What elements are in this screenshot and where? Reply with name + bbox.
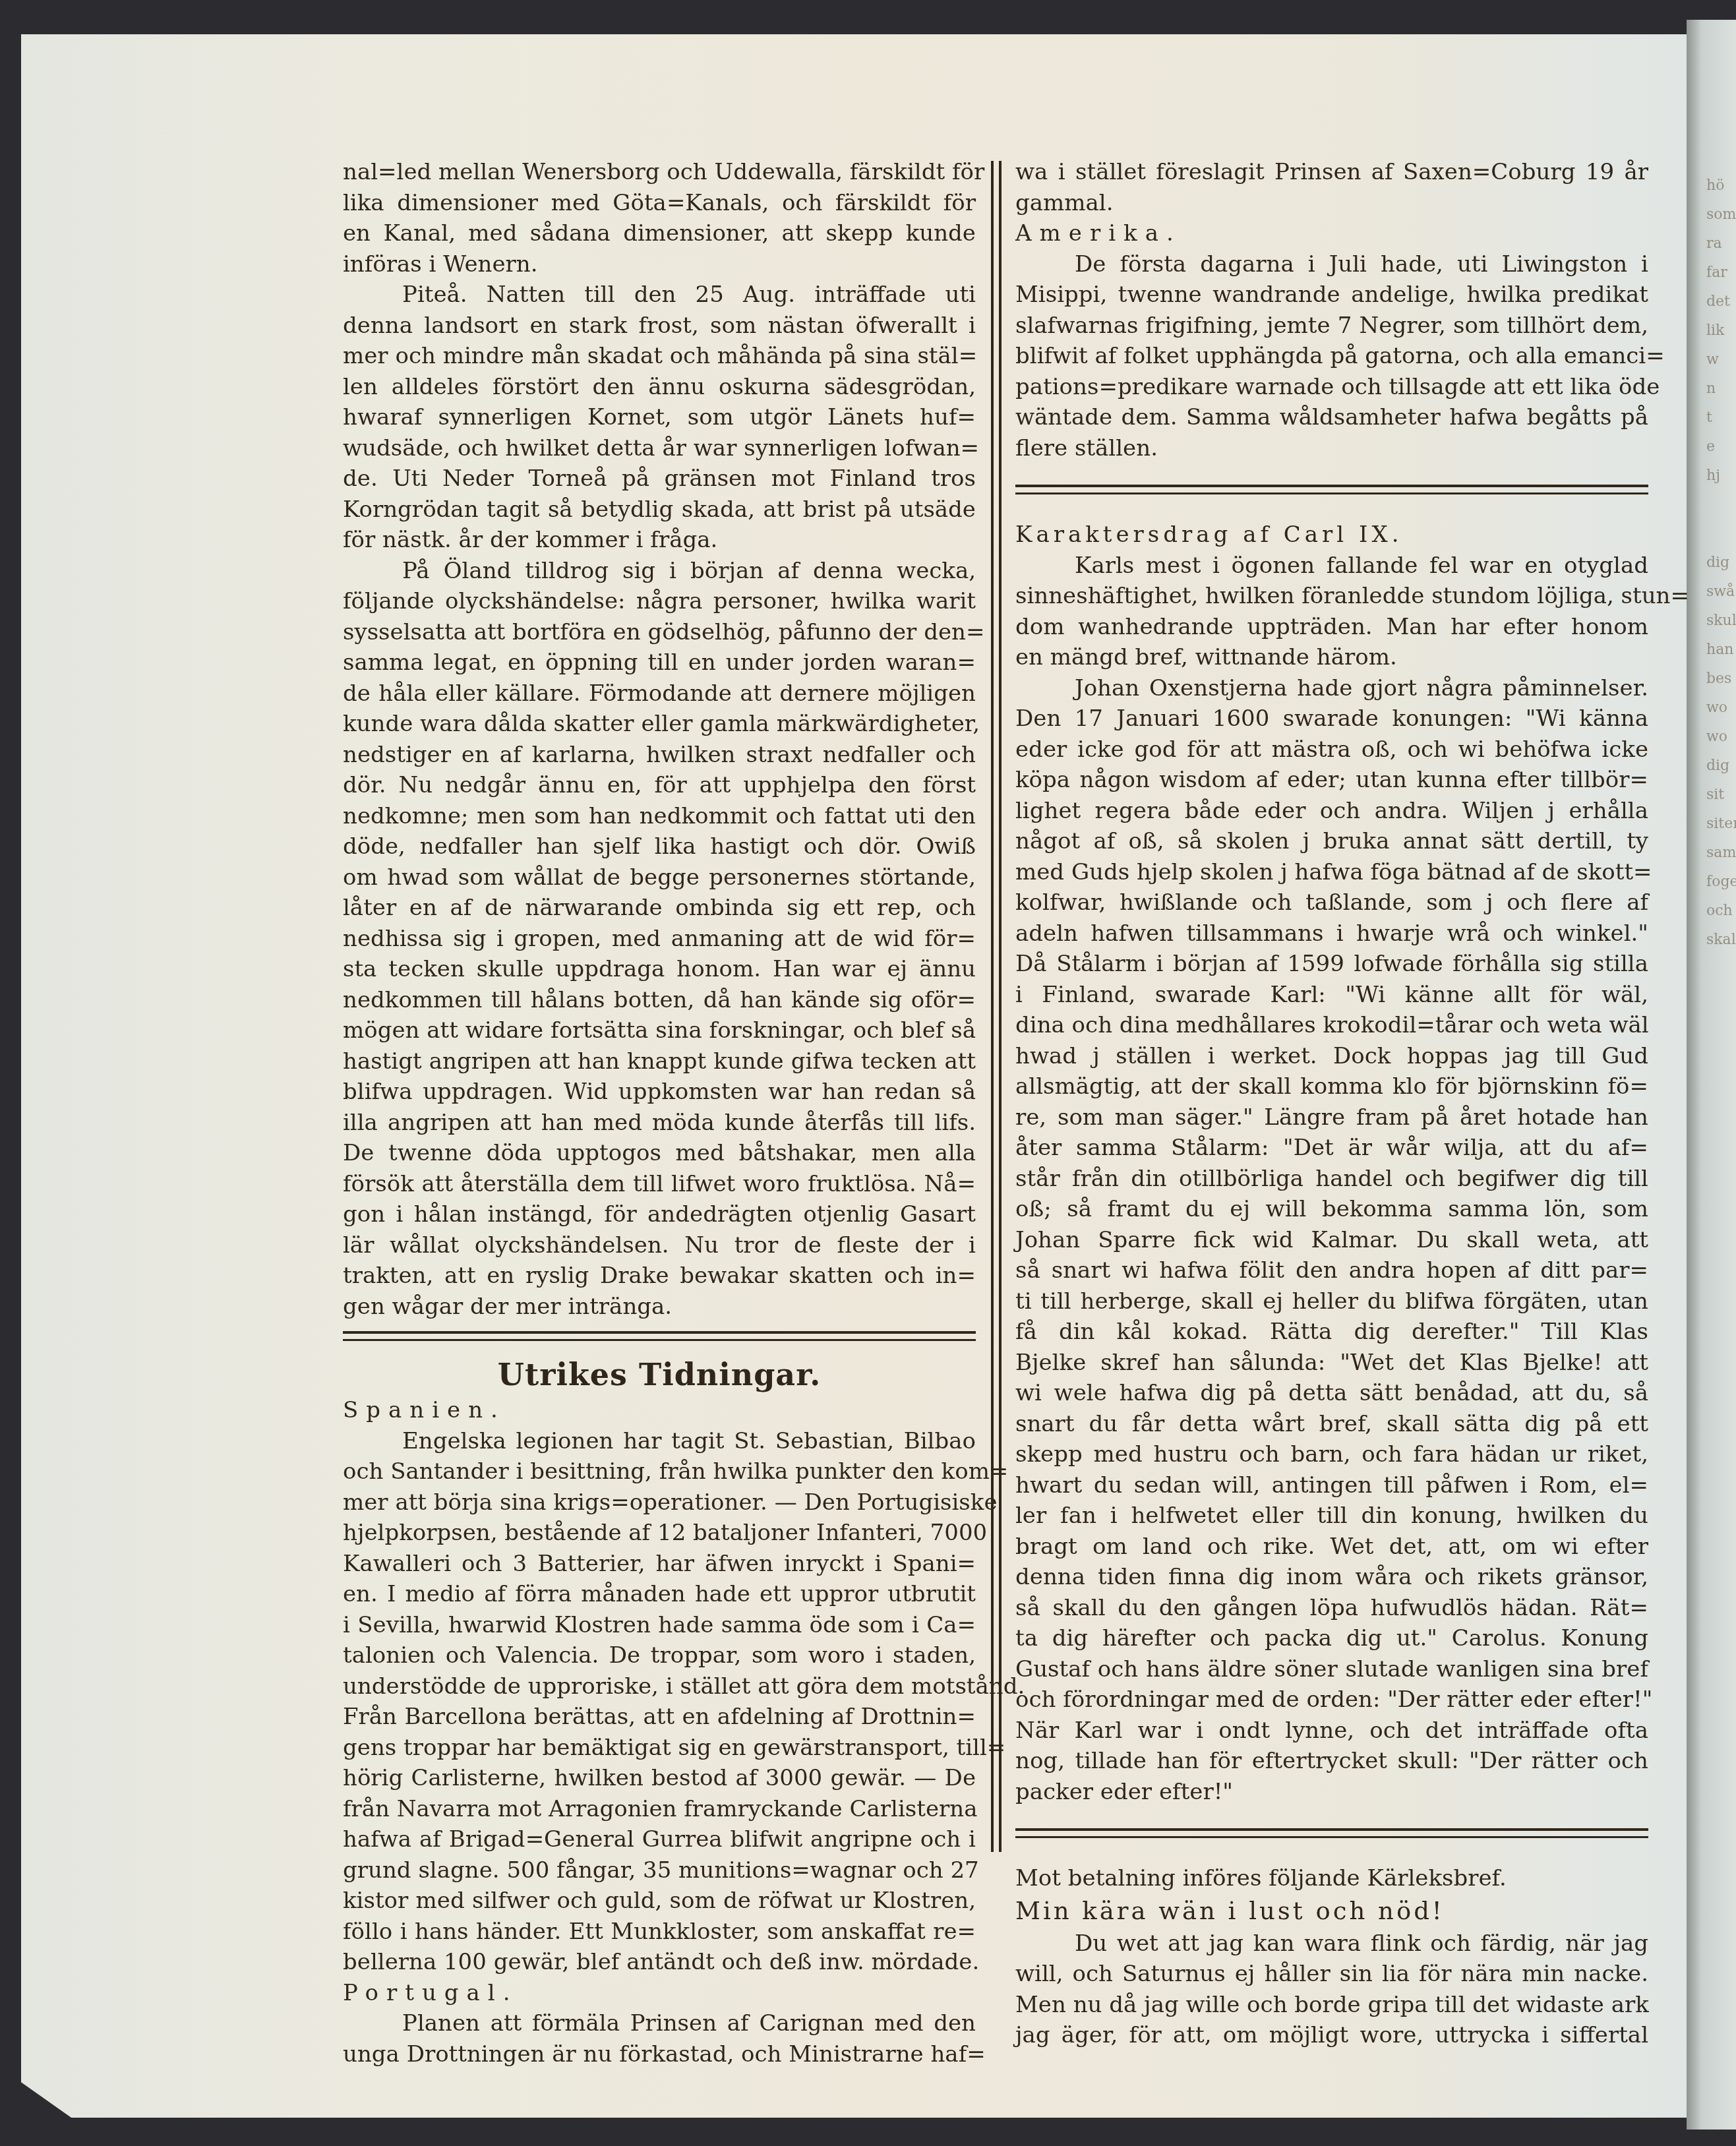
text-line: för nästk. år der kommer i fråga. — [343, 525, 976, 556]
text-line: så snart wi hafwa fölit den andra hopen … — [1015, 1255, 1648, 1286]
text-line: mer och mindre mån skadat och måhända på… — [343, 341, 976, 372]
text-line: adeln hafwen tillsammans i hwarje wrå oc… — [1015, 918, 1648, 949]
text-line: nedkomne; men som han nedkommit och fatt… — [343, 801, 976, 832]
text-line: gens troppar har bemäktigat sig en gewär… — [343, 1733, 976, 1764]
text-line: köpa någon wisdom af eder; utan kunna ef… — [1015, 765, 1648, 796]
text-line: trakten, att en ryslig Drake bewakar ska… — [343, 1261, 976, 1292]
text-line: dina och dina medhållares krokodil=tårar… — [1015, 1010, 1648, 1041]
text-line: lika dimensioner med Göta=Kanals, och fä… — [343, 188, 976, 219]
text-line: kunde wara dålda skatter eller gamla mär… — [343, 709, 976, 740]
text-line: nedstiger en af karlarna, hwilken straxt… — [343, 740, 976, 771]
text-line: oß; så framt du ej will bekomma samma lö… — [1015, 1194, 1648, 1225]
text-line: bragt om land och rike. Wet det, att, om… — [1015, 1532, 1648, 1563]
text-line: hörig Carlisterne, hwilken bestod af 300… — [343, 1763, 976, 1794]
letter-body: Du wet att jag kan wara flink och färdig… — [1015, 1928, 1648, 2051]
text-line: införas i Wenern. — [343, 249, 976, 280]
text-line: blifwa uppdragen. Wid uppkomsten war han… — [343, 1077, 976, 1108]
text-line: ti till herberge, skall ej heller du bli… — [1015, 1286, 1648, 1317]
text-line: denna landsort en stark frost, som nästa… — [343, 311, 976, 342]
text-line: döde, nedfaller han sjelf lika hastigt o… — [343, 831, 976, 862]
text-line: gen wågar der mer intränga. — [343, 1292, 976, 1323]
portugal-paragraph: Planen att förmäla Prinsen af Carignan m… — [343, 2008, 976, 2070]
text-line: Den 17 Januari 1600 swarade konungen: "W… — [1015, 703, 1648, 734]
spanien-heading: Spanien. — [343, 1395, 976, 1426]
text-line: så skall du den gången löpa hufwudlös hä… — [1015, 1593, 1648, 1624]
portugal-continuation: wa i stället föreslagit Prinsen af Saxen… — [1015, 157, 1648, 218]
text-line: dom wanhedrande uppträden. Man har efter… — [1015, 612, 1648, 643]
text-line: nedhissa sig i gropen, med anmaning att … — [343, 924, 976, 955]
text-line: ta dig härefter och packa dig ut." Carol… — [1015, 1623, 1648, 1654]
text-line: en Kanal, med sådana dimensioner, att sk… — [343, 218, 976, 249]
text-line: Du wet att jag kan wara flink och färdig… — [1015, 1928, 1648, 1959]
text-line: jag äger, för att, om möjligt wore, uttr… — [1015, 2020, 1648, 2051]
karaktersdrag-paragraph-1: Karls mest i ögonen fallande fel war en … — [1015, 551, 1648, 673]
text-line: skepp med hustru och barn, och fara häda… — [1015, 1439, 1648, 1470]
text-line: Då Stålarm i början af 1599 lofwade förh… — [1015, 949, 1648, 980]
text-line: och Santander i besittning, från hwilka … — [343, 1456, 976, 1487]
text-line: wudsäde, och hwilket detta år war synner… — [343, 433, 976, 464]
text-line: dör. Nu nedgår ännu en, för att upphjelp… — [343, 770, 976, 801]
text-line: Bjelke skref han sålunda: "Wet det Klas … — [1015, 1348, 1648, 1379]
text-line: packer eder efter!" — [1015, 1777, 1648, 1808]
text-line: i Finland, swarade Karl: "Wi känne allt … — [1015, 980, 1648, 1011]
text-line: slafwarnas frigifning, jemte 7 Negrer, s… — [1015, 311, 1648, 342]
text-line: De första dagarna i Juli hade, uti Liwin… — [1015, 249, 1648, 280]
text-line: will, och Saturnus ej håller sin lia för… — [1015, 1959, 1648, 1990]
text-line: hwart du sedan will, antingen till påfwe… — [1015, 1470, 1648, 1501]
text-line: blifwit af folket upphängda på gatorna, … — [1015, 341, 1648, 372]
text-line: något af oß, så skolen j bruka annat sät… — [1015, 826, 1648, 857]
text-line: Korngrödan tagit så betydlig skada, att … — [343, 494, 976, 525]
text-line: en. I medio af förra månaden hade ett up… — [343, 1579, 976, 1610]
text-line: Men nu då jag wille och borde gripa till… — [1015, 1990, 1648, 2021]
left-column: nal=led mellan Wenersborg och Uddewalla,… — [343, 157, 976, 2070]
section-divider — [1015, 1828, 1648, 1838]
text-line: ler fan i helfwetet eller till din konun… — [1015, 1501, 1648, 1532]
text-line: På Öland tilldrog sig i början af denna … — [343, 556, 976, 587]
text-line: Planen att förmäla Prinsen af Carignan m… — [343, 2008, 976, 2039]
text-line: bellerna 100 gewär, blef antändt och deß… — [343, 1947, 976, 1978]
letter-salutation: Min kära wän i lust och nöd! — [1015, 1894, 1648, 1928]
text-line: nal=led mellan Wenersborg och Uddewalla,… — [343, 157, 976, 188]
text-line: med Guds hjelp skolen j hafwa föga bätna… — [1015, 857, 1648, 888]
text-line: lighet regera både eder och andra. Wilje… — [1015, 796, 1648, 827]
column-divider — [991, 161, 1002, 1852]
text-line: de håla eller källare. Förmodande att de… — [343, 678, 976, 709]
text-line: hwad j ställen i werket. Dock hoppas jag… — [1015, 1041, 1648, 1072]
text-line: re, som man säger." Längre fram på året … — [1015, 1102, 1648, 1133]
advert-intro: Mot betalning införes följande Kärleksbr… — [1015, 1863, 1648, 1894]
text-line: understödde de upproriske, i stället att… — [343, 1671, 976, 1702]
karaktersdrag-heading: Karaktersdrag af Carl IX. — [1015, 520, 1648, 551]
text-line: Johan Sparre fick wid Kalmar. Du skall w… — [1015, 1225, 1648, 1256]
text-line: flere ställen. — [1015, 433, 1648, 464]
text-line: och förordningar med de orden: "Der rätt… — [1015, 1684, 1648, 1715]
text-line: Gustaf och hans äldre söner slutade wanl… — [1015, 1654, 1648, 1685]
text-line: hwaraf synnerligen Kornet, som utgör Län… — [343, 402, 976, 433]
text-line: gon i hålan instängd, för andedrägten ot… — [343, 1199, 976, 1230]
text-line: få din kål kokad. Rätta dig derefter." T… — [1015, 1317, 1648, 1348]
text-line: sysselsatta att bortföra en gödselhög, p… — [343, 617, 976, 648]
text-line: Johan Oxenstjerna hade gjort några påmin… — [1015, 673, 1648, 704]
text-line: kolfwar, hwißlande och taßlande, som j o… — [1015, 887, 1648, 918]
text-line: Piteå. Natten till den 25 Aug. inträffad… — [343, 280, 976, 311]
text-line: nog, tillade han för eftertrycket skull:… — [1015, 1746, 1648, 1777]
right-column: wa i stället föreslagit Prinsen af Saxen… — [1015, 157, 1648, 2051]
text-line: hastigt angripen att han knappt kunde gi… — [343, 1046, 976, 1077]
text-line: kistor med silfwer och guld, som de röfw… — [343, 1886, 976, 1917]
adjacent-page-fragment: hö som ra far det lik w n t e hj dig swå… — [1706, 171, 1736, 955]
text-line: De twenne döda upptogos med båtshakar, m… — [343, 1138, 976, 1169]
text-line: len alldeles förstört den ännu oskurna s… — [343, 372, 976, 403]
text-line: När Karl war i ondt lynne, och det inträ… — [1015, 1715, 1648, 1746]
text-line: står från din otillbörliga handel och be… — [1015, 1164, 1648, 1195]
text-line: gammal. — [1015, 188, 1648, 219]
text-line: unga Drottningen är nu förkastad, och Mi… — [343, 2039, 976, 2070]
text-line: Karls mest i ögonen fallande fel war en … — [1015, 551, 1648, 581]
text-line: från Navarra mot Arragonien framryckande… — [343, 1794, 976, 1825]
text-line: pations=predikare warnade och tillsagde … — [1015, 372, 1648, 403]
text-line: de. Uti Neder Torneå på gränsen mot Finl… — [343, 463, 976, 494]
text-line: wäntade dem. Samma wåldsamheter hafwa be… — [1015, 402, 1648, 433]
text-line: mögen att widare fortsätta sina forsknin… — [343, 1015, 976, 1046]
text-line: hafwa af Brigad=General Gurrea blifwit a… — [343, 1824, 976, 1855]
karaktersdrag-paragraph-2: Johan Oxenstjerna hade gjort några påmin… — [1015, 673, 1648, 1808]
text-line: försök att återställa dem till lifwet wo… — [343, 1169, 976, 1200]
text-line: grund slagne. 500 fångar, 35 munitions=w… — [343, 1855, 976, 1886]
text-line: nedkommen till hålans botten, då han kän… — [343, 985, 976, 1016]
section-divider — [1015, 485, 1648, 494]
text-line: Kawalleri och 3 Batterier, har äfwen inr… — [343, 1549, 976, 1580]
text-line: Från Barcellona berättas, att en afdelni… — [343, 1702, 976, 1733]
amerika-heading: Amerika. — [1015, 218, 1648, 249]
text-line: eder icke god för att mästra oß, och wi … — [1015, 734, 1648, 765]
intro-paragraph: nal=led mellan Wenersborg och Uddewalla,… — [343, 157, 976, 280]
text-line: samma legat, en öppning till en under jo… — [343, 647, 976, 678]
oland-paragraph: På Öland tilldrog sig i början af denna … — [343, 556, 976, 1323]
text-line: följande olyckshändelse: några personer,… — [343, 586, 976, 617]
portugal-heading: Portugal. — [343, 1978, 976, 2009]
section-divider — [343, 1331, 976, 1341]
text-line: låter en af de närwarande ombinda sig et… — [343, 893, 976, 924]
text-line: Engelska legionen har tagit St. Sebastia… — [343, 1426, 976, 1457]
text-line: wa i stället föreslagit Prinsen af Saxen… — [1015, 157, 1648, 188]
text-line: illa angripen att han med möda kunde åte… — [343, 1108, 976, 1139]
utrikes-heading: Utrikes Tidningar. — [343, 1354, 976, 1395]
pitea-paragraph: Piteå. Natten till den 25 Aug. inträffad… — [343, 280, 976, 556]
text-line: en mängd bref, wittnande härom. — [1015, 642, 1648, 673]
text-line: denna tiden finna dig inom wåra och rike… — [1015, 1562, 1648, 1593]
spanien-paragraph: Engelska legionen har tagit St. Sebastia… — [343, 1426, 976, 1978]
text-line: i Sevilla, hwarwid Klostren hade samma ö… — [343, 1610, 976, 1641]
text-line: wi wele hafwa dig på detta sätt benådad,… — [1015, 1378, 1648, 1409]
text-line: lär wållat olyckshändelsen. Nu tror de f… — [343, 1230, 976, 1261]
amerika-paragraph: De första dagarna i Juli hade, uti Liwin… — [1015, 249, 1648, 464]
text-line: föllo i hans händer. Ett Munkkloster, so… — [343, 1917, 976, 1948]
text-line: talonien och Valencia. De troppar, som w… — [343, 1640, 976, 1671]
text-line: Misippi, twenne wandrande andelige, hwil… — [1015, 280, 1648, 311]
text-line: om hwad som wållat de begge personernes … — [343, 862, 976, 893]
text-line: mer att börja sina krigs=operationer. — … — [343, 1487, 976, 1518]
text-line: åter samma Stålarm: "Det är wår wilja, a… — [1015, 1133, 1648, 1164]
text-line: snart du får detta wårt bref, skall sätt… — [1015, 1409, 1648, 1440]
text-line: hjelpkorpsen, bestående af 12 bataljoner… — [343, 1518, 976, 1549]
text-line: sinneshäftighet, hwilken föranledde stun… — [1015, 581, 1648, 612]
text-line: allsmägtig, att der skall komma klo för … — [1015, 1071, 1648, 1102]
text-line: sta tecken skulle uppdraga honom. Han wa… — [343, 954, 976, 985]
